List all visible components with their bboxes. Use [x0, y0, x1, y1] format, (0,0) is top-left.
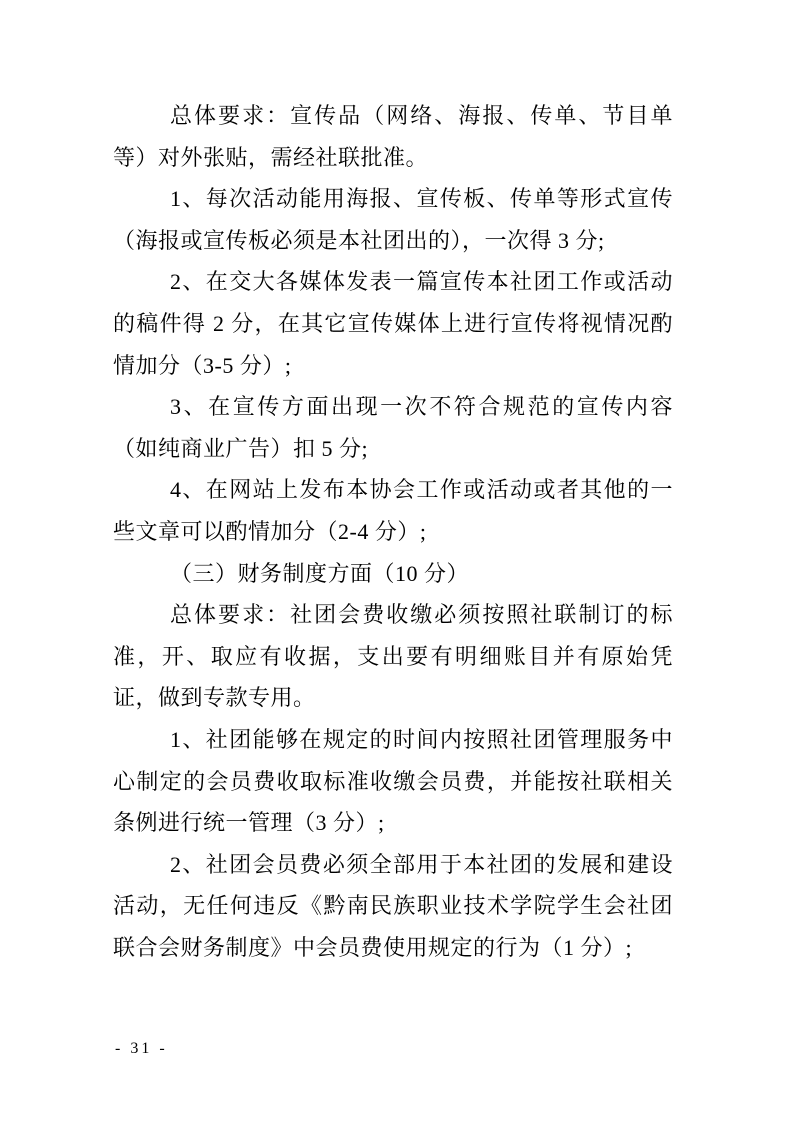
- paragraph: 总体要求：社团会费收缴必须按照社联制订的标准，开、取应有收据，支出要有明细账目并…: [113, 594, 673, 719]
- paragraph: 2、社团会员费必须全部用于本社团的发展和建设活动，无任何违反《黔南民族职业技术学…: [113, 844, 673, 969]
- page-footer: - 31 -: [115, 1040, 168, 1058]
- paragraph: 3、在宣传方面出现一次不符合规范的宣传内容（如纯商业广告）扣 5 分;: [113, 386, 673, 469]
- paragraph: （三）财务制度方面（10 分）: [113, 553, 673, 595]
- page-number: - 31 -: [115, 1040, 168, 1057]
- document-page: 总体要求：宣传品（网络、海报、传单、节目单等）对外张贴，需经社联批准。1、每次活…: [0, 0, 793, 1122]
- paragraph: 总体要求：宣传品（网络、海报、传单、节目单等）对外张贴，需经社联批准。: [113, 95, 673, 178]
- paragraph: 4、在网站上发布本协会工作或活动或者其他的一些文章可以酌情加分（2-4 分）;: [113, 469, 673, 552]
- document-body: 总体要求：宣传品（网络、海报、传单、节目单等）对外张贴，需经社联批准。1、每次活…: [113, 95, 673, 968]
- paragraph: 1、每次活动能用海报、宣传板、传单等形式宣传（海报或宣传板必须是本社团出的），一…: [113, 178, 673, 261]
- paragraph: 1、社团能够在规定的时间内按照社团管理服务中心制定的会员费收取标准收缴会员费，并…: [113, 719, 673, 844]
- paragraph: 2、在交大各媒体发表一篇宣传本社团工作或活动的稿件得 2 分，在其它宣传媒体上进…: [113, 261, 673, 386]
